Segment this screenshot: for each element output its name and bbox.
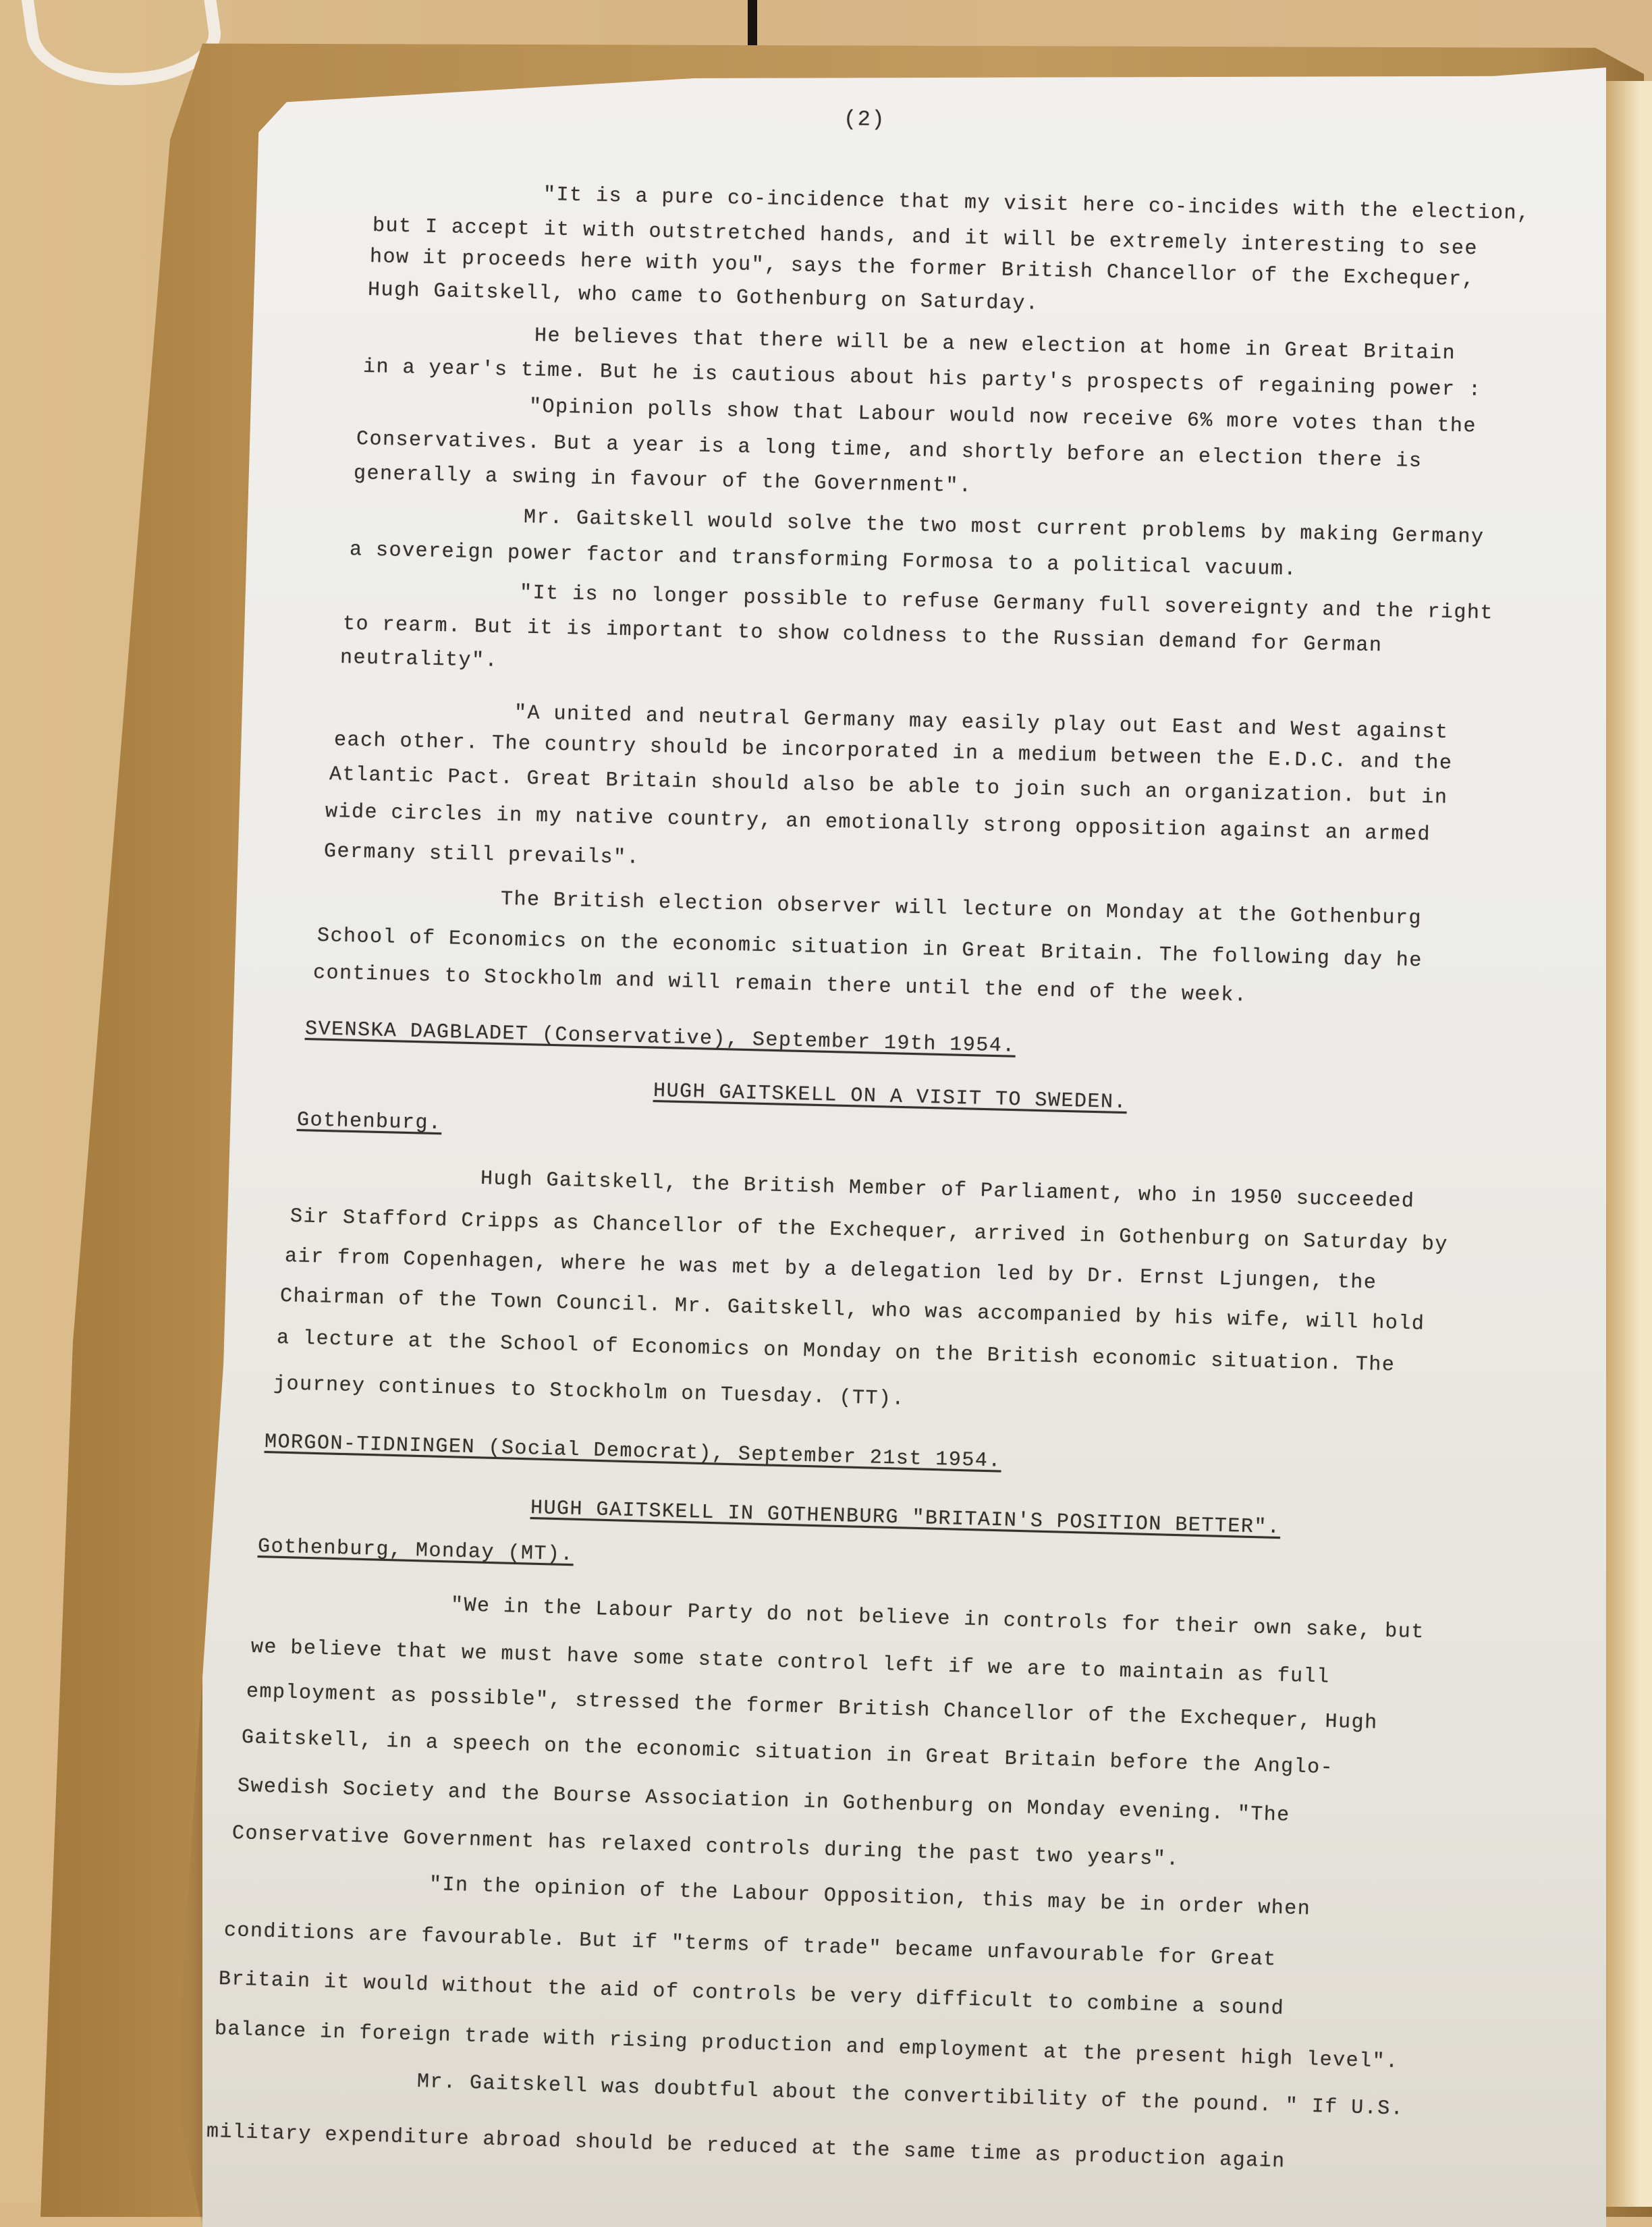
article-dateline: Gothenburg, Monday (MT).: [258, 1535, 574, 1566]
article-headline: HUGH GAITSKELL ON A VISIT TO SWEDEN.: [653, 1080, 1128, 1114]
text-line: balance in foreign trade with rising pro…: [215, 2018, 1400, 2074]
text-line: Conservative Government has relaxed cont…: [232, 1822, 1180, 1871]
text-line: we believe that we must have some state …: [251, 1636, 1331, 1689]
text-line: Gaitskell, in a speech on the economic s…: [242, 1726, 1334, 1780]
text-line: Hugh Gaitskell, the British Member of Pa…: [480, 1167, 1415, 1213]
text-line: Swedish Society and the Bourse Associati…: [238, 1775, 1291, 1827]
text-line: The British election observer will lectu…: [501, 888, 1423, 931]
text-line: wide circles in my native country, an em…: [325, 800, 1431, 846]
text-line: employment as possible", stressed the fo…: [246, 1680, 1379, 1735]
text-line: "It is a pure co-incidence that my visit…: [543, 184, 1502, 225]
text-line: Hugh Gaitskell, who came to Gothenburg o…: [368, 279, 1039, 316]
document-page: (2) "It is a pure co-incidence that my v…: [0, 0, 1652, 2203]
text-line: journey continues to Stockholm on Tuesda…: [273, 1373, 906, 1411]
text-line: Britain it would without the aid of cont…: [219, 1968, 1285, 2020]
text-line: neutrality".: [340, 647, 499, 673]
article-headline: HUGH GAITSKELL IN GOTHENBURG "BRITAIN'S …: [530, 1497, 1281, 1539]
newspaper-source: SVENSKA DAGBLADET (Conservative), Septem…: [305, 1018, 1016, 1058]
text-line: Chairman of the Town Council. Mr. Gaitsk…: [280, 1285, 1425, 1336]
text-line: a sovereign power factor and transformin…: [350, 539, 1298, 581]
article-dateline: Gothenburg.: [297, 1109, 442, 1135]
text-line: military expenditure abroad should be re…: [206, 2120, 1286, 2174]
text-line: Mr. Gaitskell was doubtful about the con…: [417, 2070, 1404, 2121]
newspaper-source: MORGON-TIDNINGEN (Social Democrat), Sept…: [265, 1431, 1002, 1473]
text-line: generally a swing in favour of the Gover…: [354, 462, 972, 498]
text-line: continues to Stockholm and will remain t…: [313, 962, 1248, 1008]
text-line: conditions are favourable. But if "terms…: [224, 1919, 1277, 1972]
text-line: Mr. Gaitskell would solve the two most c…: [524, 506, 1485, 549]
text-line: air from Copenhagen, where he was met by…: [285, 1245, 1377, 1295]
text-line: a lecture at the School of Economics on …: [277, 1327, 1396, 1377]
text-line: "We in the Labour Party do not believe i…: [451, 1594, 1425, 1644]
text-line: Germany still prevails".: [324, 840, 640, 870]
text-line: "Opinion polls show that Labour would no…: [529, 395, 1477, 438]
page-number: (2): [844, 107, 885, 132]
text-line: He believes that there will be a new ele…: [534, 325, 1456, 365]
text-line: "It is no longer possible to refuse Germ…: [520, 582, 1494, 625]
text-line: "In the opinion of the Labour Opposition…: [429, 1873, 1311, 1921]
